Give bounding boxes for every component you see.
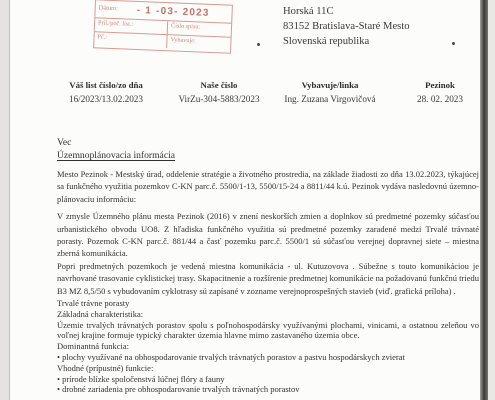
recipient-country: Slovenská republika xyxy=(283,34,410,49)
scan-left-edge xyxy=(0,0,10,400)
dominant-function-item: • plochy využívané na obhospodarovanie t… xyxy=(57,352,479,363)
recipient-street: Horská 11C xyxy=(283,4,410,19)
ref-handled-by-value: Ing. Zuzana Virgovičová xyxy=(266,94,394,104)
ref-date-value: 28. 02. 2023 xyxy=(396,94,484,104)
ref-our-number-header: Naše číslo xyxy=(158,80,280,90)
letter-body: Mesto Pezinok - Mestský úrad, oddelenie … xyxy=(57,168,479,395)
ref-our-number-value: VirZu-304-5883/2023 xyxy=(158,94,280,104)
stamp-handled-by-label: Vybavuje: xyxy=(166,35,230,51)
registry-stamp: Dátum: - 1 -03- 2023 Príl./poč. líst.: Č… xyxy=(93,0,233,54)
recipient-city: 83152 Bratislava-Staré Mesto xyxy=(283,19,410,34)
body-paragraph-road: Popri predmetných pozemkoch je vedená mi… xyxy=(57,260,479,297)
recipient-address: Horská 11C 83152 Bratislava-Staré Mesto … xyxy=(283,4,410,49)
stamp-file-number-label: Číslo spisu: xyxy=(167,21,231,36)
fold-mark-right xyxy=(452,42,455,45)
land-use-section: Trvalé trávne porasty Základná charakter… xyxy=(57,298,479,395)
dominant-function-label: Dominantná funkcia: xyxy=(57,341,479,352)
scanned-letter-page: Dátum: - 1 -03- 2023 Príl./poč. líst.: Č… xyxy=(0,0,495,400)
ref-handled-by: Vybavuje/linka Ing. Zuzana Virgovičová xyxy=(266,80,394,104)
suitable-function-item-2: • drobné zariadenia pre obhospodarovanie… xyxy=(57,384,479,395)
ref-your-letter-header: Váš list číslo/zo dňa xyxy=(35,80,177,90)
section-title: Trvalé trávne porasty xyxy=(57,298,479,309)
stamp-date-label: Dátum: xyxy=(99,6,118,13)
ref-place-header: Pezinok xyxy=(396,80,484,90)
body-paragraph-zoning: V zmysle Územného plánu mesta Pezinok (2… xyxy=(57,210,479,260)
ref-your-letter-value: 16/2023/13.02.2023 xyxy=(35,94,177,104)
suitable-functions-label: Vhodné (prípustné) funkcie: xyxy=(57,363,479,374)
characteristic-text: Územie trvalých trávnatých porastov spol… xyxy=(57,320,479,342)
stamp-pc-label: Pč.: xyxy=(94,32,167,48)
ref-place-date: Pezinok 28. 02. 2023 xyxy=(396,80,484,104)
fold-mark-left xyxy=(257,43,260,46)
subject-title: Územnoplánovacia informácia xyxy=(57,149,175,162)
body-paragraph-intro: Mesto Pezinok - Mestský úrad, oddelenie … xyxy=(57,168,479,205)
ref-handled-by-header: Vybavuje/linka xyxy=(266,80,394,90)
suitable-function-item-1: • prírode blízke spoločenstvá lúčnej fló… xyxy=(57,374,479,385)
scan-right-edge xyxy=(488,0,495,400)
stamp-date-value: - 1 -03- 2023 xyxy=(118,4,229,19)
subject-label: Vec xyxy=(57,136,175,149)
scan-right-shadow xyxy=(480,0,488,400)
ref-our-number: Naše číslo VirZu-304-5883/2023 xyxy=(158,80,280,104)
subject-block: Vec Územnoplánovacia informácia xyxy=(57,136,175,162)
characteristic-label: Základná charakteristika: xyxy=(57,309,479,320)
ref-your-letter: Váš list číslo/zo dňa 16/2023/13.02.2023 xyxy=(35,80,177,104)
